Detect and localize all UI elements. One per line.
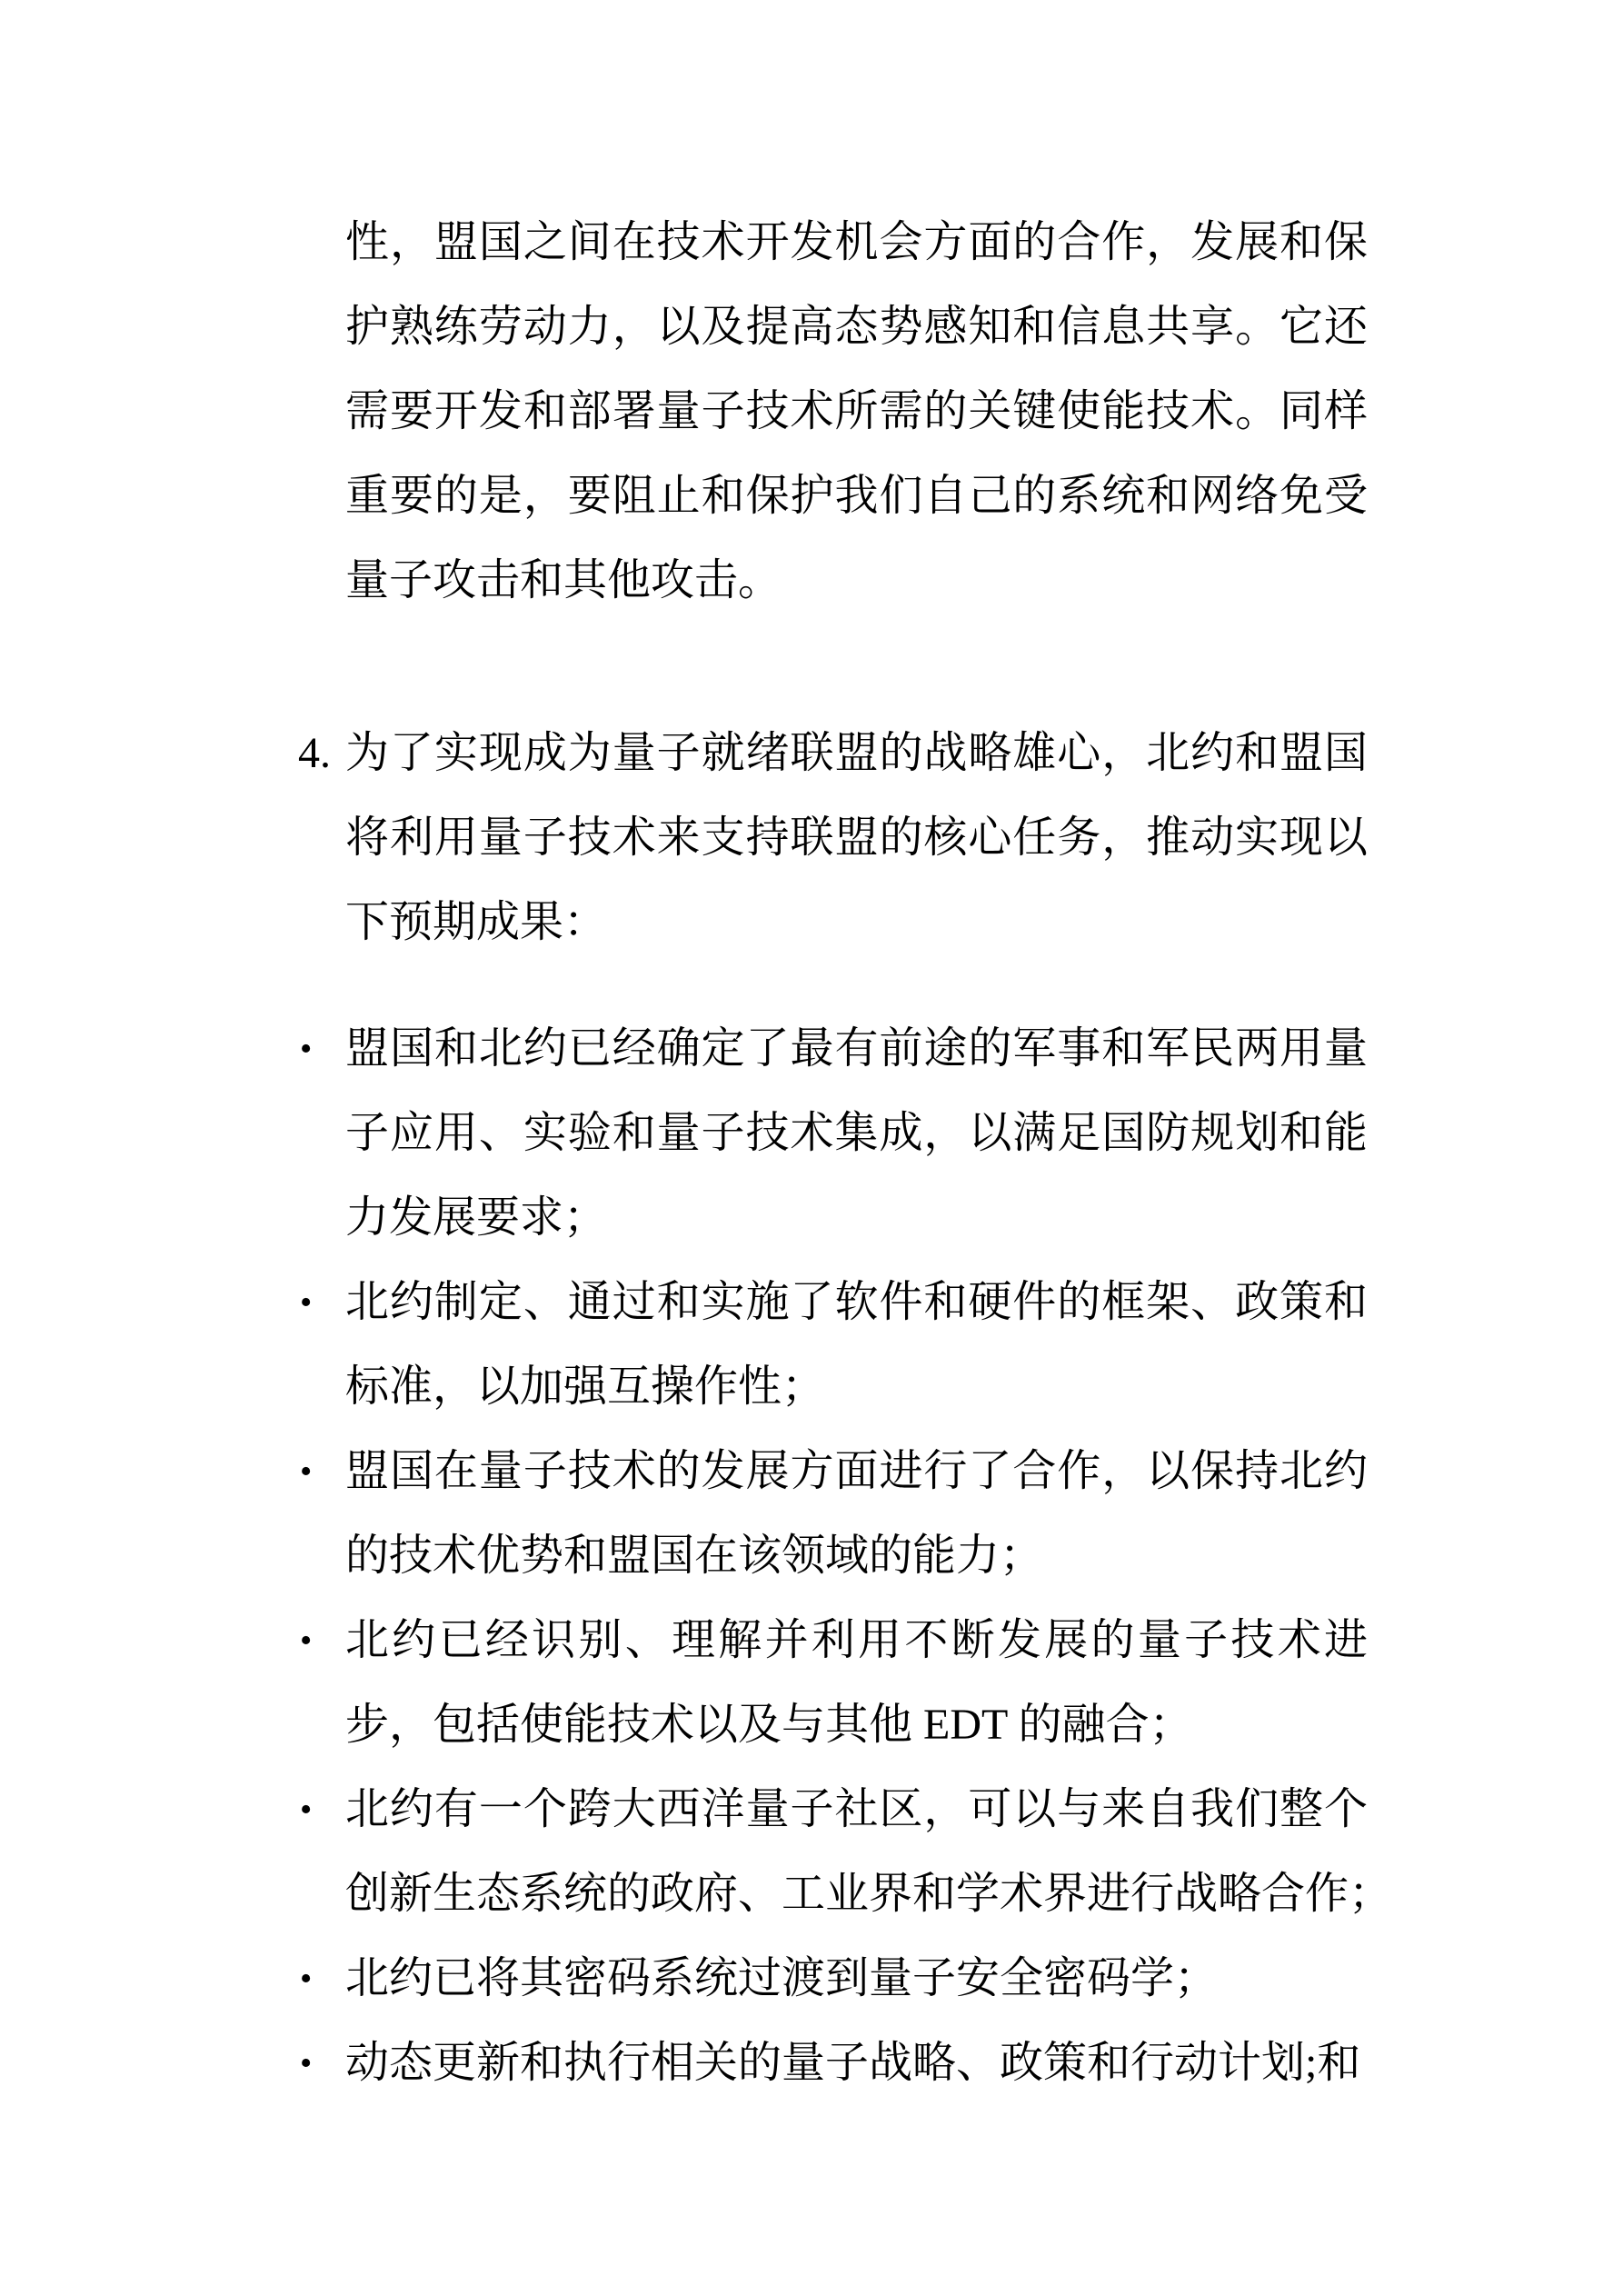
text-line: 创新生态系统的政府、工业界和学术界进行战略合作； (345, 1852, 1368, 1936)
bullet-item: • 北约已经识别、理解并利用不断发展的量子技术进 步，包括使能技术以及与其他 E… (345, 1598, 1368, 1767)
paragraph-continuation: 性，盟国之间在技术开发机会方面的合作，发展和保 护熟练劳动力，以及提高态势感知和… (345, 200, 1368, 623)
text-line: 子应用、实验和量子技术集成，以满足国防规划和能 (345, 1091, 1368, 1175)
list-number: 4. (298, 711, 345, 795)
bullet-item: • 北约已将其密码系统过渡到量子安全密码学； (345, 1936, 1368, 2021)
text-line: 重要的是，要阻止和保护我们自己的系统和网络免受 (345, 454, 1368, 538)
text-line: 力发展要求； (345, 1175, 1368, 1260)
text-line: 盟国和北约已经确定了最有前途的军事和军民两用量 (345, 1006, 1368, 1091)
bullet-item: • 盟国在量子技术的发展方面进行了合作，以保持北约 的技术优势和盟国在该领域的能… (345, 1429, 1368, 1598)
document-body: 性，盟国之间在技术开发机会方面的合作，发展和保 护熟练劳动力，以及提高态势感知和… (345, 200, 1368, 2105)
bullet-item: • 盟国和北约已经确定了最有前途的军事和军民两用量 子应用、实验和量子技术集成，… (345, 1006, 1368, 1260)
text-line: 北约有一个跨大西洋量子社区，可以与来自我们整个 (345, 1767, 1368, 1852)
bullet-icon: • (300, 1430, 312, 1514)
text-line: 将利用量子技术来支持联盟的核心任务，推动实现以 (345, 795, 1368, 880)
text-line: 北约制定、通过和实施了软件和硬件的框架、政策和 (345, 1260, 1368, 1344)
text-line: 性，盟国之间在技术开发机会方面的合作，发展和保 (345, 200, 1368, 285)
text-line: 下预期成果： (345, 880, 1368, 964)
bullet-item: • 北约制定、通过和实施了软件和硬件的框架、政策和 标准，以加强互操作性； (345, 1260, 1368, 1429)
text-line: 步，包括使能技术以及与其他 EDT 的融合； (345, 1682, 1368, 1767)
text-line: 需要开发和部署量子技术所需的关键使能技术。同样 (345, 369, 1368, 454)
bullet-list: • 盟国和北约已经确定了最有前途的军事和军民两用量 子应用、实验和量子技术集成，… (345, 1006, 1368, 2105)
bullet-icon: • (300, 1768, 312, 1852)
bullet-icon: • (300, 1261, 312, 1345)
bullet-icon: • (300, 1007, 312, 1092)
text-line: 护熟练劳动力，以及提高态势感知和信息共享。它还 (345, 285, 1368, 369)
text-line: 量子攻击和其他攻击。 (345, 538, 1368, 623)
bullet-icon: • (300, 2021, 312, 2106)
text-line: 北约已经识别、理解并利用不断发展的量子技术进 (345, 1598, 1368, 1682)
text-line: 盟国在量子技术的发展方面进行了合作，以保持北约 (345, 1429, 1368, 1513)
text-line: 为了实现成为量子就绪联盟的战略雄心，北约和盟国 (345, 711, 1368, 795)
text-line: 标准，以加强互操作性； (345, 1344, 1368, 1429)
text-line: 北约已将其密码系统过渡到量子安全密码学； (345, 1936, 1368, 2021)
numbered-paragraph: 4. 为了实现成为量子就绪联盟的战略雄心，北约和盟国 将利用量子技术来支持联盟的… (345, 711, 1368, 964)
bullet-icon: • (300, 1599, 312, 1683)
text-line: 的技术优势和盟国在该领域的能力； (345, 1513, 1368, 1598)
text-line: 动态更新和执行相关的量子战略、政策和行动计划;和 (345, 2021, 1368, 2105)
bullet-item: • 动态更新和执行相关的量子战略、政策和行动计划;和 (345, 2021, 1368, 2105)
document-page: 性，盟国之间在技术开发机会方面的合作，发展和保 护熟练劳动力，以及提高态势感知和… (0, 0, 1623, 2296)
bullet-icon: • (300, 1937, 312, 2021)
bullet-item: • 北约有一个跨大西洋量子社区，可以与来自我们整个 创新生态系统的政府、工业界和… (345, 1767, 1368, 1936)
